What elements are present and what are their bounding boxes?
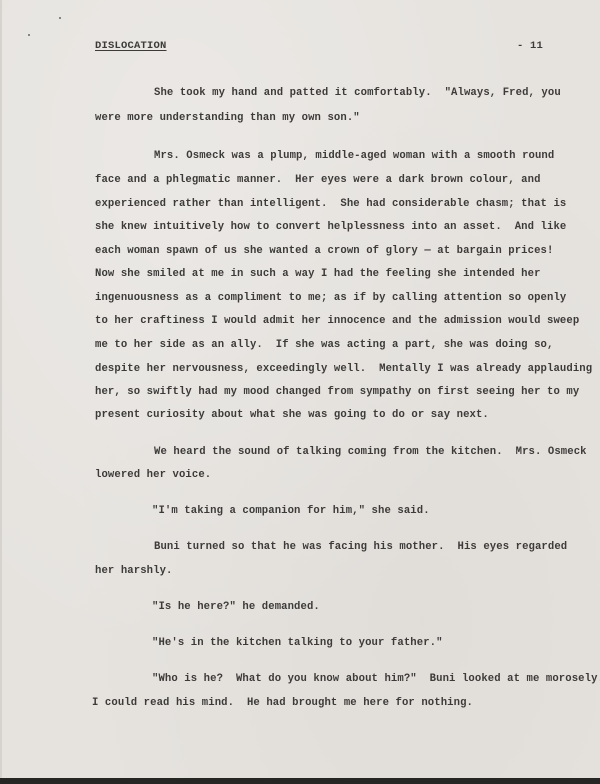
text-line: We heard the sound of talking coming fro… [154,446,587,458]
text-line: face and a phlegmatic manner. Her eyes w… [95,174,541,186]
text-line: she knew intuitively how to convert help… [95,221,566,233]
text-line: "Is he here?" he demanded. [152,601,320,613]
text-line: Mrs. Osmeck was a plump, middle-aged wom… [154,150,554,162]
text-line: me to her side as an ally. If she was ac… [95,339,553,351]
text-line: to her craftiness I would admit her inno… [95,315,579,327]
typewritten-page: DISLOCATION - 11 She took my hand and pa… [0,0,600,778]
text-line: Buni turned so that he was facing his mo… [154,541,567,553]
page-header: DISLOCATION - 11 [95,40,543,52]
text-line: "I'm taking a companion for him," she sa… [152,505,430,517]
text-line: lowered her voice. [95,469,211,481]
text-line: I could read his mind. He had brought me… [92,697,473,709]
text-line: She took my hand and patted it comfortab… [154,87,561,99]
text-line: were more understanding than my own son.… [95,112,360,124]
scan-edge [0,778,600,784]
paper-speck [59,17,61,19]
text-line: Now she smiled at me in such a way I had… [95,268,541,280]
text-line: "Who is he? What do you know about him?"… [152,673,600,685]
text-line: each woman spawn of us she wanted a crow… [95,245,553,257]
text-line: her, so swiftly had my mood changed from… [95,386,579,398]
text-line: ingenuousness as a compliment to me; as … [95,292,566,304]
running-title: DISLOCATION [95,40,167,52]
text-line: experienced rather than intelligent. She… [95,198,566,210]
text-line: "He's in the kitchen talking to your fat… [152,637,443,649]
text-line: despite her nervousness, exceedingly wel… [95,363,592,375]
text-line: present curiosity about what she was goi… [95,409,489,421]
page-number: - 11 [517,40,543,52]
paper-speck [28,34,30,36]
text-line: her harshly. [95,565,173,577]
